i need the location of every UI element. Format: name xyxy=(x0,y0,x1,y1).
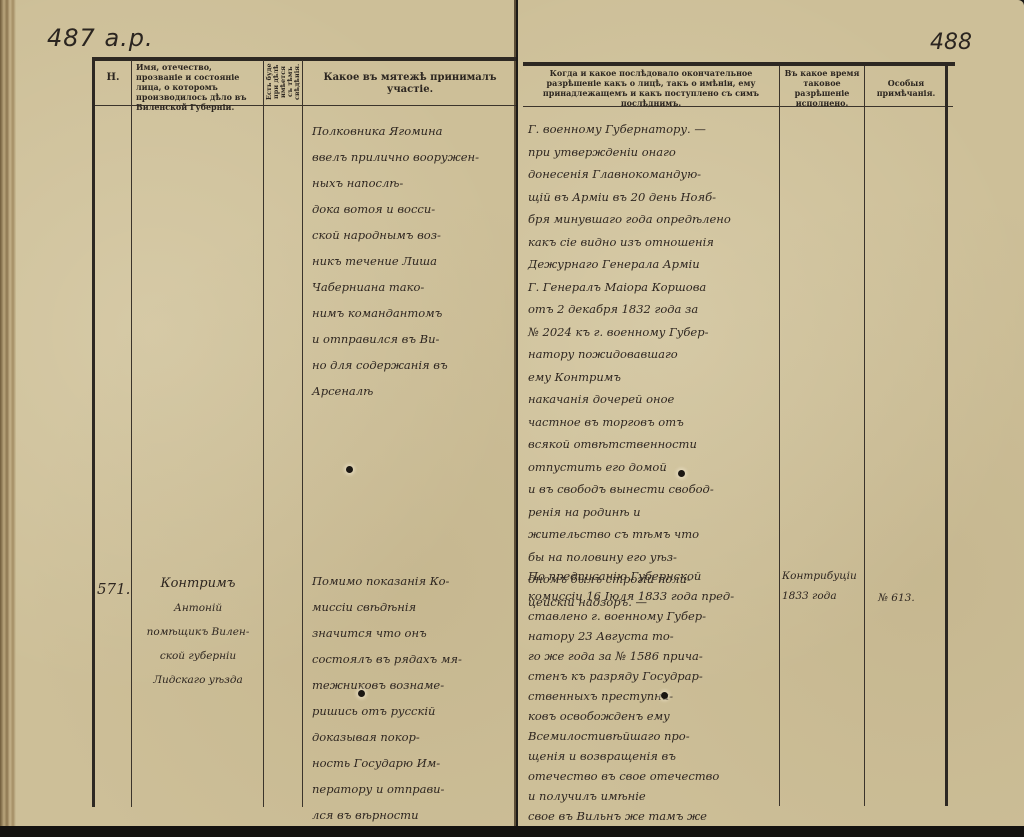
right-folio-number: 488 xyxy=(930,30,972,55)
entry-2-notes: № 613. xyxy=(878,586,915,610)
page-edges xyxy=(0,0,16,826)
entry-1-participation: Полковника Ягомина ввелъ прилично вооруж… xyxy=(312,118,479,404)
right-page: 488 Когда и какое послѣдовало окончатель… xyxy=(518,0,1024,826)
entry-2-resolution: По предписанію Губернской комиссіи 16 Ію… xyxy=(528,566,734,826)
entry-2-executed: Контрибуціи 1833 года xyxy=(782,566,857,606)
header-notes: Особыя примѣчанія. xyxy=(868,78,944,98)
header-resolution: Когда и какое послѣдовало окончательное … xyxy=(526,68,776,108)
entry-2-person: Контримъ Антоній помѣщикъ Вилен- ской гу… xyxy=(134,572,262,692)
column-divider xyxy=(864,66,865,806)
header-top-rule xyxy=(93,57,516,61)
binding-hole xyxy=(358,690,365,697)
scan-background xyxy=(0,826,1024,837)
binding-hole xyxy=(346,466,353,473)
header-top-rule xyxy=(523,62,955,66)
header-participation: Какое въ мятежѣ принималъ участіе. xyxy=(306,72,514,96)
entry-2-participation: Помимо показанія Ко- миссіи свѣдѣнія зна… xyxy=(312,568,462,828)
left-page: 487 а.р. Н. Имя, отечество, прозваніе и … xyxy=(0,0,516,826)
header-vertical: Есть буде при дѣлѣ имѣется съ тѣмъ свѣдѣ… xyxy=(266,62,300,102)
right-border-rule xyxy=(945,66,948,806)
ledger-spread: 487 а.р. Н. Имя, отечество, прозваніе и … xyxy=(0,0,1024,826)
column-divider xyxy=(263,60,264,807)
left-folio-number: 487 а.р. xyxy=(47,24,154,52)
column-divider xyxy=(779,66,780,806)
left-border-rule xyxy=(92,57,95,807)
header-executed: Въ какое время таковое разрѣшеніе исполн… xyxy=(782,68,862,108)
column-divider xyxy=(131,60,132,807)
binding-hole xyxy=(661,692,668,699)
binding-hole xyxy=(678,470,685,477)
column-divider xyxy=(302,60,303,807)
header-number: Н. xyxy=(96,72,130,84)
entry-2-number: 571. xyxy=(97,580,130,598)
entry-1-resolution: Г. военному Губернатору. — при утвержден… xyxy=(528,118,731,613)
header-person: Имя, отечество, прозваніе и состояніе ли… xyxy=(136,62,260,112)
